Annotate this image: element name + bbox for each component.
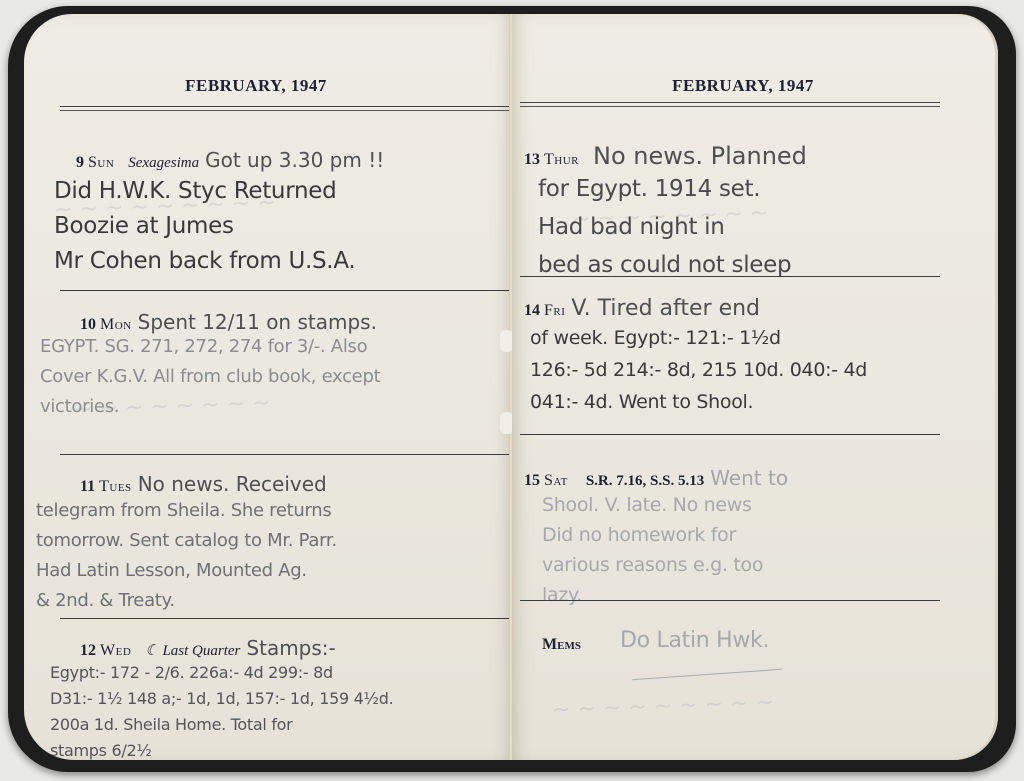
day-divider <box>60 290 510 291</box>
entry-first-line: Got up 3.30 pm !! <box>205 148 384 172</box>
day-heading-15: 15SatS.R. 7.16, S.S. 5.13Went to <box>524 466 788 490</box>
mems-label: Mems <box>542 636 581 654</box>
day-divider <box>520 600 940 601</box>
diary-entry-14: of week. Egypt:- 121:- 1½d 126:- 5d 214:… <box>530 322 867 418</box>
entry-first-line: No news. Received <box>138 472 327 496</box>
month-header: FEBRUARY, 1947 <box>24 76 500 96</box>
diary-entry-12: Egypt:- 172 - 2/6. 226a:- 4d 299:- 8d D3… <box>50 660 393 760</box>
diary-entry-11: telegram from Sheila. She returns tomorr… <box>36 496 337 616</box>
diary-entry-13: for Egypt. 1914 set. Had bad night in be… <box>538 170 791 284</box>
sunrise-sunset: S.R. 7.16, S.S. 5.13 <box>586 473 704 489</box>
day-heading-10: 10MonSpent 12/11 on stamps. <box>80 310 377 334</box>
day-divider <box>520 434 940 435</box>
day-heading-11: 11TuesNo news. Received <box>80 472 327 496</box>
entry-first-line: No news. Planned <box>593 142 807 170</box>
header-rule <box>520 102 940 107</box>
day-heading-12: 12Wed☾ Last QuarterStamps:- <box>80 636 336 660</box>
show-through-text: ~ ~ ~ ~ ~ ~ ~ ~ ~ <box>552 690 775 723</box>
left-page: ~ ~ ~ ~ ~ ~ ~ ~ ~ ~ ~ ~ ~ ~ ~ ~ ~ FEBRUA… <box>24 14 512 760</box>
entry-first-line: Stamps:- <box>246 636 335 660</box>
entry-first-line: Went to <box>710 466 788 490</box>
day-heading-14: 14FriV. Tired after end <box>524 296 760 321</box>
entry-first-line: Spent 12/11 on stamps. <box>138 310 377 334</box>
diary-entry-10: EGYPT. SG. 271, 272, 274 for 3/-. Also C… <box>40 332 380 422</box>
day-divider <box>520 276 940 277</box>
mems-note: Do Latin Hwk. <box>620 626 769 656</box>
right-page: ~ ~ ~ ~ ~ ~ ~ ~ ~ ~ ~ ~ ~ ~ ~ ~ ~ FEBRUA… <box>512 14 998 760</box>
month-header: FEBRUARY, 1947 <box>512 76 986 96</box>
header-rule <box>60 106 510 111</box>
diary-entry-15: Shool. V. late. No news Did no homework … <box>542 490 763 610</box>
mems-underline <box>632 669 782 680</box>
day-heading-13: 13ThurNo news. Planned <box>524 142 807 170</box>
day-heading-9: 9SunSexagesimaGot up 3.30 pm !! <box>76 148 384 172</box>
day-divider <box>60 618 510 619</box>
entry-first-line: V. Tired after end <box>571 296 760 321</box>
day-divider <box>60 454 510 455</box>
diary-entry-9: Did H.W.K. Styc Returned Boozie at Jumes… <box>54 174 355 279</box>
